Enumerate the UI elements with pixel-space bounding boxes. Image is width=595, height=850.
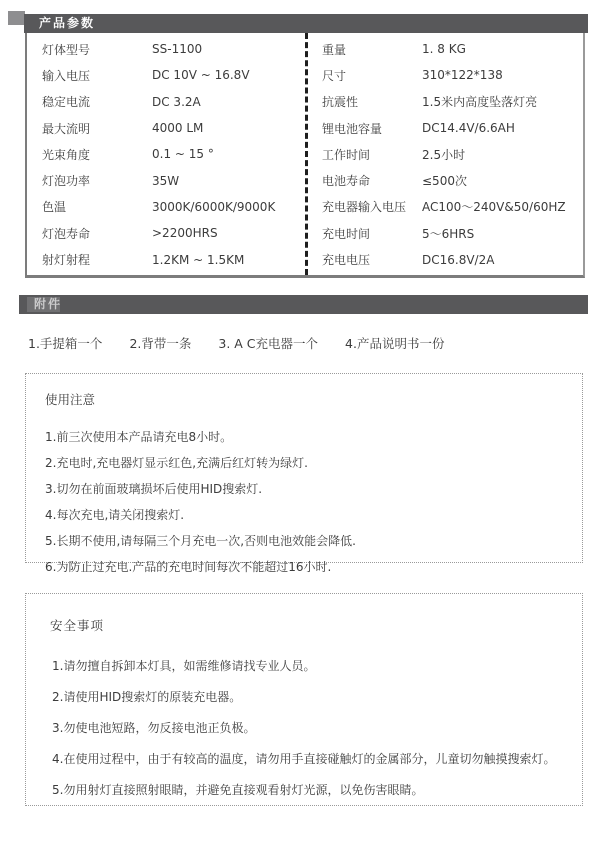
spec-value: 310*122*138 bbox=[422, 68, 503, 82]
spec-value: DC14.4V/6.6AH bbox=[422, 121, 515, 135]
spec-value: SS-1100 bbox=[152, 42, 202, 56]
spec-table: 灯体型号SS-1100 输入电压DC 10V ~ 16.8V 稳定电流DC 3.… bbox=[25, 33, 585, 278]
spec-value: AC100～240V&50/60HZ bbox=[422, 198, 566, 215]
safety-note-item: 5.勿用射灯直接照射眼睛，并避免直接观看射灯光源，以免伤害眼睛。 bbox=[50, 784, 564, 797]
usage-note-item: 1.前三次使用本产品请充电8小时。 bbox=[45, 431, 564, 444]
usage-note-item: 2.充电时,充电器灯显示红色,充满后红灯转为绿灯. bbox=[45, 457, 564, 470]
product-manual-page: 产品参数 灯体型号SS-1100 输入电压DC 10V ~ 16.8V 稳定电流… bbox=[0, 0, 595, 850]
usage-note-item: 5.长期不使用,请每隔三个月充电一次,否则电池效能会降低. bbox=[45, 535, 564, 548]
safety-note-item: 3.勿使电池短路，勿反接电池正负极。 bbox=[50, 722, 564, 735]
spec-value: 0.1 ~ 15 ° bbox=[152, 147, 214, 161]
specs-section-title: 产品参数 bbox=[24, 16, 95, 30]
spec-row: 重量1. 8 KG bbox=[322, 36, 583, 62]
safety-note-item: 2.请使用HID搜索灯的原装充电器。 bbox=[50, 691, 564, 704]
safety-notes-title: 安全事项 bbox=[50, 616, 564, 634]
spec-value: 1.5米内高度坠落灯亮 bbox=[422, 93, 537, 110]
spec-row: 灯泡功率35W bbox=[42, 167, 305, 193]
spec-row: 色温3000K/6000K/9000K bbox=[42, 194, 305, 220]
spec-label: 灯泡寿命 bbox=[42, 225, 152, 242]
usage-notes-title: 使用注意 bbox=[45, 390, 564, 408]
spec-row: 输入电压DC 10V ~ 16.8V bbox=[42, 62, 305, 88]
spec-row: 锂电池容量DC14.4V/6.6AH bbox=[322, 115, 583, 141]
spec-label: 锂电池容量 bbox=[322, 120, 422, 137]
spec-value: DC 10V ~ 16.8V bbox=[152, 68, 250, 82]
spec-label: 最大流明 bbox=[42, 120, 152, 137]
spec-column-left: 灯体型号SS-1100 输入电压DC 10V ~ 16.8V 稳定电流DC 3.… bbox=[27, 33, 305, 275]
spec-row: 充电器输入电压AC100～240V&50/60HZ bbox=[322, 194, 583, 220]
spec-row: 尺寸310*122*138 bbox=[322, 62, 583, 88]
spec-row: 最大流明4000 LM bbox=[42, 115, 305, 141]
spec-value: >2200HRS bbox=[152, 226, 218, 240]
spec-label: 稳定电流 bbox=[42, 93, 152, 110]
spec-label: 抗震性 bbox=[322, 93, 422, 110]
accessory-item: 3. A C充电器一个 bbox=[218, 334, 318, 352]
spec-row: 灯体型号SS-1100 bbox=[42, 36, 305, 62]
spec-label: 充电器输入电压 bbox=[322, 198, 422, 215]
spec-row: 抗震性1.5米内高度坠落灯亮 bbox=[322, 89, 583, 115]
spec-value: 4000 LM bbox=[152, 121, 203, 135]
spec-row: 稳定电流DC 3.2A bbox=[42, 89, 305, 115]
spec-label: 电池寿命 bbox=[322, 172, 422, 189]
spec-value: DC 3.2A bbox=[152, 95, 201, 109]
spec-label: 重量 bbox=[322, 41, 422, 58]
usage-notes-box: 使用注意 1.前三次使用本产品请充电8小时。 2.充电时,充电器灯显示红色,充满… bbox=[25, 373, 583, 563]
spec-value: 1. 8 KG bbox=[422, 42, 466, 56]
spec-value: ≤500次 bbox=[422, 172, 467, 189]
safety-notes-box: 安全事项 1.请勿擅自拆卸本灯具，如需维修请找专业人员。 2.请使用HID搜索灯… bbox=[25, 593, 583, 806]
spec-label: 色温 bbox=[42, 198, 152, 215]
spec-row: 光束角度0.1 ~ 15 ° bbox=[42, 141, 305, 167]
spec-value: 5～6HRS bbox=[422, 225, 474, 242]
accessory-item: 1.手提箱一个 bbox=[28, 334, 102, 352]
spec-row: 充电时间5～6HRS bbox=[322, 220, 583, 246]
usage-note-item: 4.每次充电,请关闭搜索灯. bbox=[45, 509, 564, 522]
spec-label: 光束角度 bbox=[42, 146, 152, 163]
spec-label: 尺寸 bbox=[322, 67, 422, 84]
spec-row: 充电电压DC16.8V/2A bbox=[322, 246, 583, 272]
spec-label: 充电电压 bbox=[322, 251, 422, 268]
spec-label: 充电时间 bbox=[322, 225, 422, 242]
spec-label: 工作时间 bbox=[322, 146, 422, 163]
spec-row: 灯泡寿命>2200HRS bbox=[42, 220, 305, 246]
specs-bar-accent bbox=[8, 11, 25, 25]
safety-note-item: 4.在使用过程中，由于有较高的温度，请勿用手直接碰触灯的金属部分，儿童切勿触摸搜… bbox=[50, 753, 564, 766]
spec-row: 射灯射程1.2KM ~ 1.5KM bbox=[42, 246, 305, 272]
specs-section-header: 产品参数 bbox=[24, 14, 588, 33]
spec-label: 输入电压 bbox=[42, 67, 152, 84]
spec-row: 电池寿命≤500次 bbox=[322, 167, 583, 193]
spec-value: 35W bbox=[152, 174, 179, 188]
spec-value: 1.2KM ~ 1.5KM bbox=[152, 253, 244, 267]
spec-label: 射灯射程 bbox=[42, 251, 152, 268]
accessories-section-header: 附件 bbox=[19, 295, 588, 314]
spec-value: 3000K/6000K/9000K bbox=[152, 200, 275, 214]
usage-note-item: 3.切勿在前面玻璃损坏后使用HID搜索灯. bbox=[45, 483, 564, 496]
accessory-item: 2.背带一条 bbox=[129, 334, 191, 352]
spec-column-right: 重量1. 8 KG 尺寸310*122*138 抗震性1.5米内高度坠落灯亮 锂… bbox=[305, 33, 583, 275]
spec-value: DC16.8V/2A bbox=[422, 253, 494, 267]
safety-note-item: 1.请勿擅自拆卸本灯具，如需维修请找专业人员。 bbox=[50, 660, 564, 673]
spec-label: 灯泡功率 bbox=[42, 172, 152, 189]
accessories-list: 1.手提箱一个 2.背带一条 3. A C充电器一个 4.产品说明书一份 bbox=[28, 334, 444, 352]
spec-row: 工作时间2.5小时 bbox=[322, 141, 583, 167]
usage-note-item: 6.为防止过充电.产品的充电时间每次不能超过16小时. bbox=[45, 561, 564, 574]
accessories-bar-accent bbox=[27, 297, 60, 312]
accessory-item: 4.产品说明书一份 bbox=[345, 334, 444, 352]
spec-label: 灯体型号 bbox=[42, 41, 152, 58]
spec-value: 2.5小时 bbox=[422, 146, 465, 163]
